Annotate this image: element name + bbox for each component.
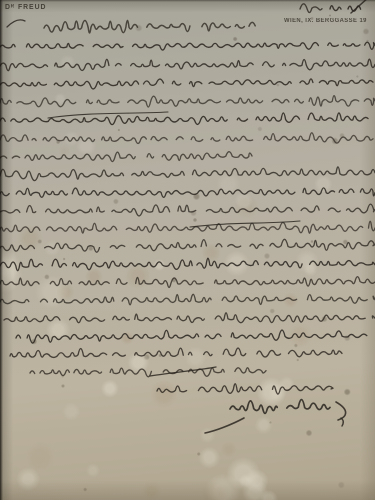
- handwriting-line: [10, 348, 342, 357]
- handwriting-line: [0, 204, 375, 216]
- handwriting-flourish: [190, 221, 300, 227]
- handwriting-flourish: [205, 418, 244, 433]
- handwriting-line: [30, 368, 266, 377]
- handwriting-line: [0, 221, 375, 233]
- handwriting-line: [0, 59, 375, 71]
- letter-photograph: Dᴿ FREUD WIEN, IX. BERGGASSE 19 21. 3. 1…: [0, 0, 375, 500]
- handwriting-flourish: [336, 402, 346, 420]
- handwriting-line: [0, 113, 368, 125]
- handwriting-flourish: [341, 418, 343, 426]
- handwriting-line: [300, 4, 322, 13]
- handwriting-line: [0, 294, 375, 304]
- handwriting-line: [4, 313, 375, 323]
- handwriting-line: [0, 188, 375, 197]
- handwriting-line: [0, 96, 375, 107]
- handwriting-line: [157, 384, 333, 394]
- photo-edge-top: [0, 0, 375, 2]
- handwriting-flourish: [150, 367, 216, 376]
- handwriting-body: [0, 0, 375, 500]
- handwriting-line: [0, 42, 375, 50]
- photo-edge-left: [0, 0, 3, 500]
- handwriting-line: [0, 258, 375, 271]
- handwriting-line: [330, 6, 341, 11]
- handwriting-line: [0, 167, 375, 181]
- handwriting-line: [0, 277, 375, 288]
- handwriting-line: [44, 20, 255, 33]
- handwriting-flourish: [7, 20, 25, 27]
- handwriting-line: [0, 79, 373, 89]
- handwriting-line: [0, 152, 252, 162]
- handwriting-line: [16, 330, 367, 343]
- handwriting-line: [230, 400, 330, 414]
- handwriting-line: [0, 239, 375, 252]
- handwriting-line: [0, 133, 373, 144]
